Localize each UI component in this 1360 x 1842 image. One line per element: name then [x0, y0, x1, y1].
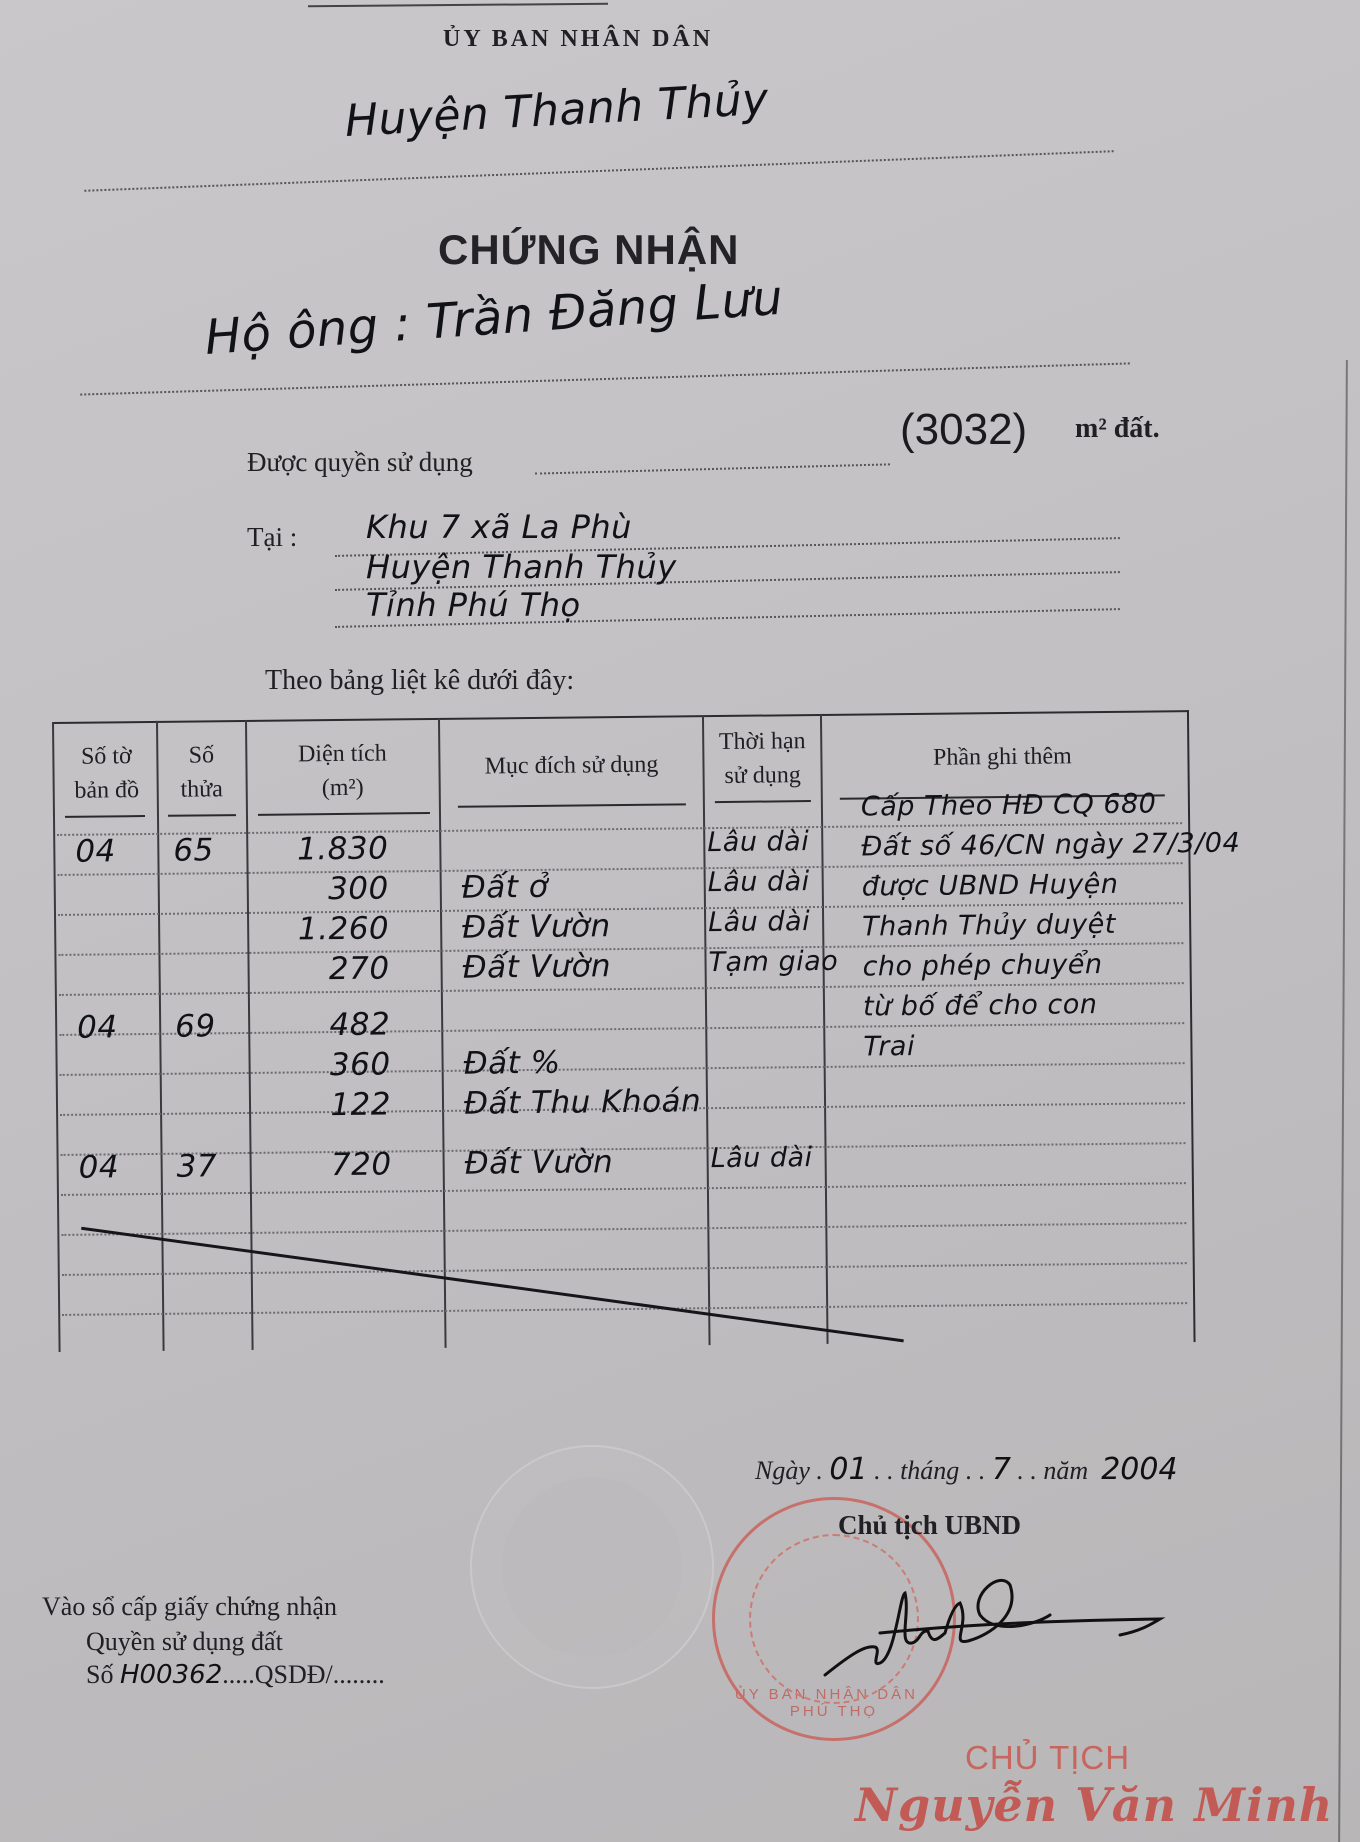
day-value: 01 — [829, 1452, 867, 1487]
cell-area: 1.830 — [248, 830, 388, 867]
cell-map-sheet: 04 — [75, 833, 116, 869]
cell-area: 122 — [251, 1086, 391, 1123]
cell-parcel: 65 — [173, 832, 214, 868]
organization-heading: ỦY BAN NHÂN DÂN — [443, 26, 713, 53]
note-line: cho phép chuyển — [862, 949, 1102, 983]
cell-area: 1.260 — [249, 910, 389, 947]
cell-parcel: 69 — [175, 1008, 216, 1044]
signature — [820, 1575, 1170, 1685]
cell-purpose: Đất Vườn — [462, 908, 611, 946]
header-text: Số tờ — [56, 739, 156, 774]
header-purpose: Mục đích sử dụng — [440, 747, 702, 784]
header-notes: Phần ghi thêm — [822, 738, 1182, 776]
cell-purpose: Đất % — [463, 1045, 560, 1082]
month-label: tháng — [900, 1456, 959, 1485]
registration-suffix: .....QSDĐ/........ — [222, 1660, 385, 1689]
location-label: Tại : — [247, 522, 297, 553]
issue-date: Ngày . 01 . . tháng . . 7 . . năm 2004 — [755, 1452, 1178, 1487]
note-line: Trai — [863, 1031, 915, 1063]
cell-term: Lâu dài — [707, 826, 809, 858]
header-parcel: Số thửa — [158, 738, 245, 807]
cell-map-sheet: 04 — [77, 1009, 118, 1045]
note-line: Thanh Thủy duyệt — [862, 909, 1116, 943]
header-text: thửa — [159, 772, 245, 807]
cell-area: 270 — [249, 950, 389, 987]
cell-purpose: Đất ở — [462, 869, 549, 906]
cell-term: Lâu dài — [708, 906, 810, 938]
paper-fold — [1338, 360, 1348, 1842]
seal-text: ỦY BAN NHÂN DÂN · PHÚ THỌ — [715, 1686, 953, 1720]
stamp-name: Nguyễn Văn Minh — [855, 1778, 1333, 1832]
address-line: Khu 7 xã La Phù — [366, 508, 632, 546]
address-line: Huyện Thanh Thủy — [366, 548, 677, 586]
cell-area: 482 — [250, 1006, 390, 1043]
header-text: Số — [158, 738, 244, 773]
page-title: CHỨNG NHẬN — [438, 226, 740, 274]
cell-area: 720 — [251, 1146, 391, 1183]
registration-number-value: H00362 — [120, 1660, 222, 1690]
cell-purpose: Đất Thu Khoán — [464, 1083, 702, 1121]
dotted-line — [84, 150, 1113, 192]
cell-term: Tạm giao — [708, 946, 838, 978]
header-text: sử dụng — [704, 758, 820, 793]
registration-number: Số H00362.....QSDĐ/........ — [86, 1660, 385, 1690]
note-line: được UBND Huyện — [862, 869, 1119, 903]
note-line: Đất số 46/CN ngày 27/3/04 — [861, 828, 1240, 863]
cell-purpose: Đất Vườn — [464, 1144, 613, 1182]
cell-term: Lâu dài — [710, 1142, 812, 1174]
header-text: Phần ghi thêm — [822, 738, 1182, 776]
district-name: Huyện Thanh Thủy — [344, 74, 770, 147]
dotted-line — [535, 463, 890, 474]
address-line: Tỉnh Phú Thọ — [366, 586, 581, 624]
day-label: Ngày — [755, 1456, 810, 1485]
area-unit: m² đất. — [1075, 413, 1160, 445]
holder-name: Hộ ông : Trần Đăng Lưu — [203, 270, 785, 366]
header-term: Thời hạn sử dụng — [704, 724, 821, 793]
land-parcel-table: Số tờ bản đồ Số thửa Diện tích (m²) Mục … — [52, 710, 1194, 1382]
year-label: năm — [1043, 1456, 1088, 1485]
month-value: 7 — [992, 1452, 1011, 1487]
cell-area: 360 — [250, 1046, 390, 1083]
cell-term: Lâu dài — [708, 866, 810, 898]
total-area-value: (3032) — [900, 405, 1027, 455]
cell-area: 300 — [249, 870, 389, 907]
header-text: bản đồ — [57, 773, 157, 808]
land-use-label: Được quyền sử dụng — [247, 447, 473, 478]
header-map-sheet: Số tờ bản đồ — [56, 739, 157, 808]
cell-purpose: Đất Vườn — [462, 948, 611, 986]
cell-map-sheet: 04 — [78, 1149, 119, 1185]
signatory-title: Chủ tịch UBND — [838, 1510, 1021, 1541]
header-text: Mục đích sử dụng — [440, 747, 702, 784]
paper-edge — [308, 3, 608, 8]
header-text: (m²) — [248, 770, 438, 806]
table-intro-label: Theo bảng liệt kê dưới đây: — [265, 665, 574, 697]
registration-line-2: Quyền sử dụng đất — [86, 1627, 283, 1657]
registration-prefix: Số — [86, 1660, 113, 1689]
stamp-title: CHỦ TỊCH — [965, 1739, 1130, 1777]
registration-line-1: Vào sổ cấp giấy chứng nhận — [42, 1592, 337, 1622]
note-line: Cấp Theo HĐ CQ 680 — [861, 788, 1157, 822]
dotted-line — [80, 362, 1130, 395]
header-area: Diện tích (m²) — [247, 736, 438, 806]
cell-parcel: 37 — [176, 1148, 217, 1184]
header-text: Thời hạn — [704, 724, 820, 759]
embossed-seal — [470, 1445, 714, 1689]
note-line: từ bố để cho con — [863, 989, 1098, 1022]
year-value: 2004 — [1101, 1452, 1177, 1487]
header-text: Diện tích — [247, 736, 437, 772]
